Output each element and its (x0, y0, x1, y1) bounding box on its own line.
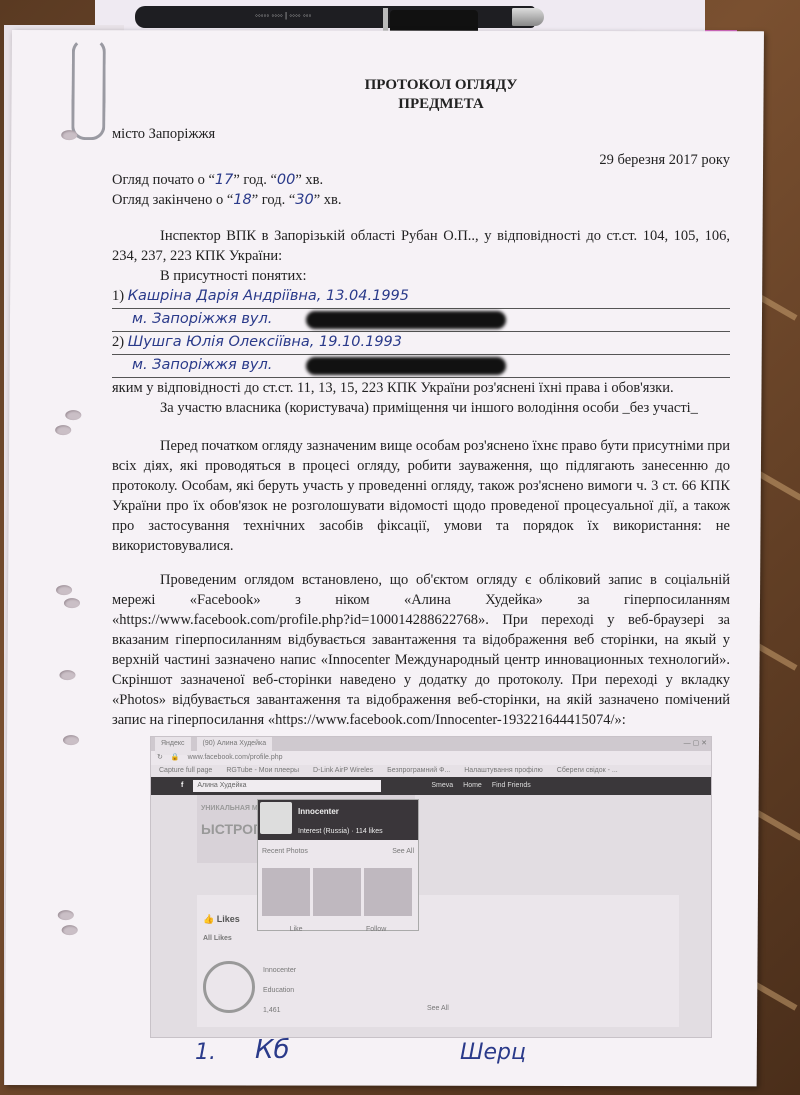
signature-number: 1. (195, 1040, 216, 1065)
facebook-search: Алина Худейка (193, 780, 381, 792)
photo-thumbnail (313, 868, 361, 916)
paperclip-icon (71, 38, 106, 140)
witness-1-line1: 1) Кашріна Дарія Андріївна, 13.04.1995 (112, 286, 730, 309)
punch-hole (63, 735, 79, 745)
punch-hole (65, 410, 81, 420)
redaction (306, 311, 506, 329)
pen-tip (512, 8, 544, 26)
photo-thumbnail (262, 868, 310, 916)
page-hover-card: Innocenter Interest (Russia) · 114 likes… (257, 799, 419, 931)
witnesses-label: В присутності понятих: (112, 266, 730, 286)
document-date: 29 березня 2017 року (112, 150, 730, 170)
document-title-line1: ПРОТОКОЛ ОГЛЯДУ (152, 76, 730, 95)
witness-2-line1: 2) Шушга Юлія Олексіївна, 19.10.1993 (112, 332, 730, 355)
start-minute: 00 (277, 172, 295, 188)
rights-line: яким у відповідності до ст.ст. 11, 13, 1… (112, 378, 730, 398)
embedded-screenshot: Яндекс (90) Алина Худейка — ▢ ✕ ↻ 🔒 www.… (150, 736, 712, 1038)
document-content: ПРОТОКОЛ ОГЛЯДУ ПРЕДМЕТА місто Запоріжжя… (112, 76, 730, 1038)
city: місто Запоріжжя (112, 124, 730, 144)
punch-hole (62, 925, 78, 935)
facebook-header: f Алина Худейка Smeva Home Find Friends (151, 777, 711, 795)
inspector-paragraph: Інспектор ВПК в Запорізькій області Руба… (112, 226, 730, 266)
window-controls-icon: — ▢ ✕ (684, 736, 707, 754)
before-inspection-paragraph: Перед початком огляду зазначеним вище ос… (112, 436, 730, 556)
punch-hole (59, 670, 75, 680)
facebook-body: УНИКАЛЬНАЯ МЕ ЫСТРОГО 👍 Likes All Likes … (151, 795, 711, 1031)
document-title-line2: ПРЕДМЕТА (152, 95, 730, 114)
punch-hole (61, 130, 77, 140)
start-hour: 17 (215, 172, 233, 188)
punch-hole (64, 598, 80, 608)
start-time-line: Огляд почато о “17” год. “00” хв. (112, 170, 730, 190)
signature-right: Шерц (460, 1040, 526, 1065)
pen: ◦◦◦◦◦ ◦◦◦◦ | ◦◦◦◦ ◦◦◦ (135, 6, 535, 28)
punch-hole (58, 910, 74, 920)
innocenter-logo-icon (260, 802, 292, 834)
redaction (306, 357, 506, 375)
end-time-line: Огляд закінчено о “18” год. “30” хв. (112, 190, 730, 210)
witness-1-line2: м. Запоріжжя вул. (112, 309, 730, 332)
pen-imprint: ◦◦◦◦◦ ◦◦◦◦ | ◦◦◦◦ ◦◦◦ (255, 11, 311, 20)
facebook-logo-icon: f (181, 776, 183, 796)
witness-2-line2: м. Запоріжжя вул. (112, 355, 730, 378)
photo-thumbnail (364, 868, 412, 916)
recent-photos (258, 864, 418, 920)
innocenter-logo-icon (203, 961, 255, 1013)
inspection-result-paragraph: Проведеним оглядом встановлено, що об'єк… (112, 570, 730, 730)
owner-paragraph: За участю власника (користувача) приміще… (112, 398, 730, 418)
signature-left: Кб (255, 1035, 290, 1065)
end-minute: 30 (295, 192, 313, 208)
punch-hole (55, 425, 71, 435)
punch-hole (56, 585, 72, 595)
end-hour: 18 (233, 192, 251, 208)
